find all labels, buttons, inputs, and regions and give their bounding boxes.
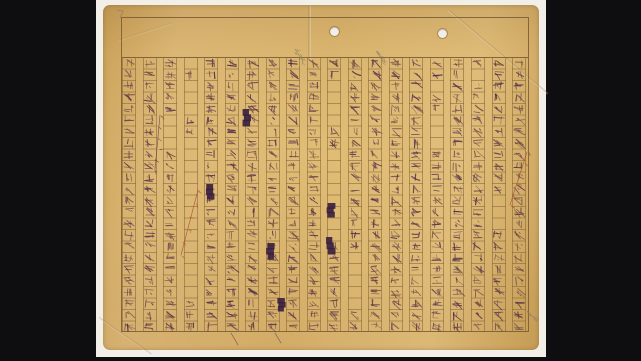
- viewer-background: [0, 0, 641, 361]
- document-photo: [96, 0, 546, 357]
- manuscript-paper: [103, 5, 539, 350]
- handwriting-canvas: [103, 5, 539, 350]
